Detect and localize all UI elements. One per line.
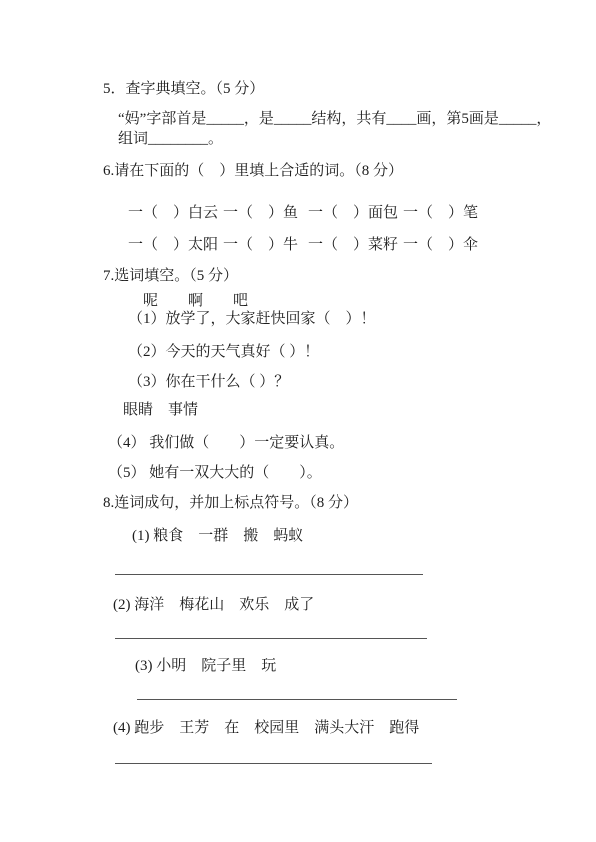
- answer-line-4: [115, 763, 432, 764]
- question-7-item-4: （4） 我们做（ ）一定要认真。: [108, 435, 344, 451]
- question-7-item-2: （2）今天的天气真好（ ）！: [128, 344, 319, 360]
- question-6-title: 6.请在下面的（ ）里填上合适的词。（8 分）: [103, 163, 403, 179]
- question-7-item-5: （5） 她有一双大大的（ ）。: [108, 465, 322, 481]
- question-7-wordbank-1: 呢 啊 吧: [143, 293, 248, 309]
- question-6-item: 一（ ）太阳: [128, 237, 218, 253]
- question-6-item: 一（ ）菜籽: [308, 237, 398, 253]
- question-6-item: 一（ ）白云: [128, 205, 218, 221]
- question-7-wordbank-2: 眼睛 事情: [123, 402, 198, 418]
- question-6-item: 一（ ）鱼: [223, 205, 298, 221]
- question-5-fill-line-2: 组词________。: [118, 131, 223, 147]
- question-7-item-3: （3）你在干什么（ ）？: [128, 374, 289, 390]
- question-5-title: 5．查字典填空。（5 分）: [103, 81, 264, 97]
- question-7-item-1: （1）放学了，大家赶快回家（ ）！: [128, 311, 376, 327]
- question-8-item-2: (2) 海洋 梅花山 欢乐 成了: [113, 597, 314, 613]
- question-8-item-3: (3) 小明 院子里 玩: [135, 658, 276, 674]
- question-8-item-1: (1) 粮食 一群 搬 蚂蚁: [132, 528, 303, 544]
- question-5-fill-line-1: “妈”字部首是_____，是_____结构，共有____画，第5画是_____，: [118, 111, 551, 127]
- question-6-item: 一（ ）笔: [403, 205, 478, 221]
- question-6-item: 一（ ）伞: [403, 237, 478, 253]
- answer-line-2: [115, 638, 427, 639]
- question-8-title: 8.连词成句，并加上标点符号。（8 分）: [103, 495, 358, 511]
- answer-line-1: [115, 574, 423, 575]
- question-6-row-1: 一（ ）白云 一（ ）鱼 一（ ）面包 一（ ）笔: [128, 205, 548, 223]
- answer-line-3: [137, 699, 457, 700]
- question-8-item-4: (4) 跑步 王芳 在 校园里 满头大汗 跑得: [113, 720, 419, 736]
- document-page: 5．查字典填空。（5 分） “妈”字部首是_____，是_____结构，共有__…: [0, 0, 596, 842]
- question-7-title: 7.选词填空。（5 分）: [103, 268, 238, 284]
- question-6-item: 一（ ）牛: [223, 237, 298, 253]
- question-6-item: 一（ ）面包: [308, 205, 398, 221]
- question-6-row-2: 一（ ）太阳 一（ ）牛 一（ ）菜籽 一（ ）伞: [128, 237, 548, 255]
